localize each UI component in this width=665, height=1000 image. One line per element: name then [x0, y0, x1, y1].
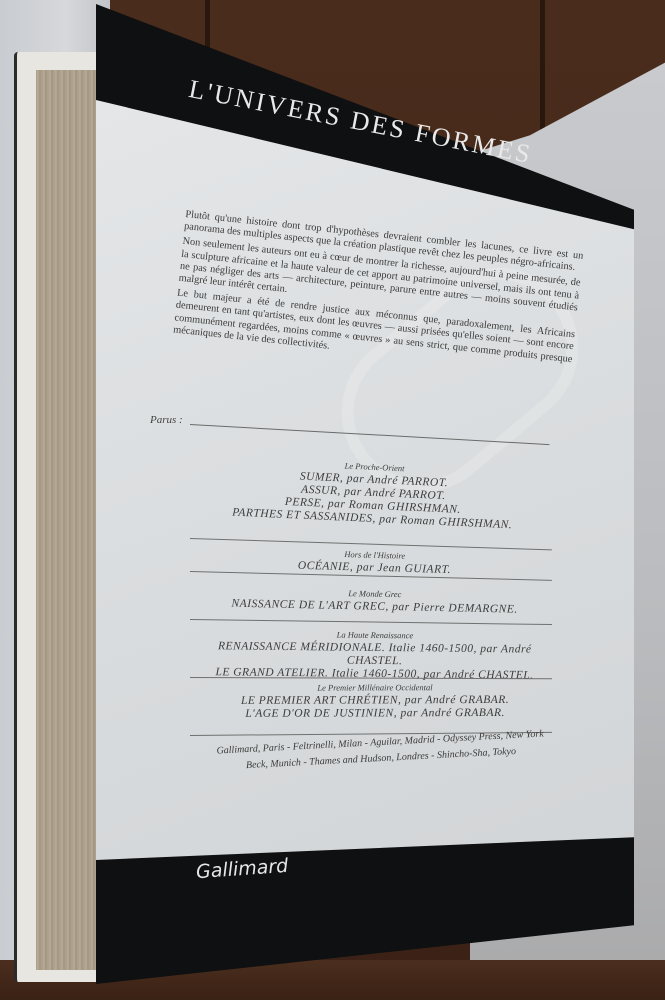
book-page-edges: [36, 70, 100, 970]
series-work: RENAISSANCE MÉRIDIONALE. Italie 1460-150…: [190, 640, 560, 670]
series-work: L'AGE D'OR DE JUSTINIEN, par André GRABA…: [200, 707, 550, 721]
published-label: Parus :: [150, 414, 183, 426]
series-work: LE PREMIER ART CHRÉTIEN, par André GRABA…: [200, 694, 550, 708]
series-group-premier-millenaire: Le Premier Millénaire Occidental LE PREM…: [200, 682, 550, 721]
series-category: Le Premier Millénaire Occidental: [200, 682, 550, 693]
series-group-haute-renaissance: La Haute Renaissance RENAISSANCE MÉRIDIO…: [189, 628, 560, 683]
